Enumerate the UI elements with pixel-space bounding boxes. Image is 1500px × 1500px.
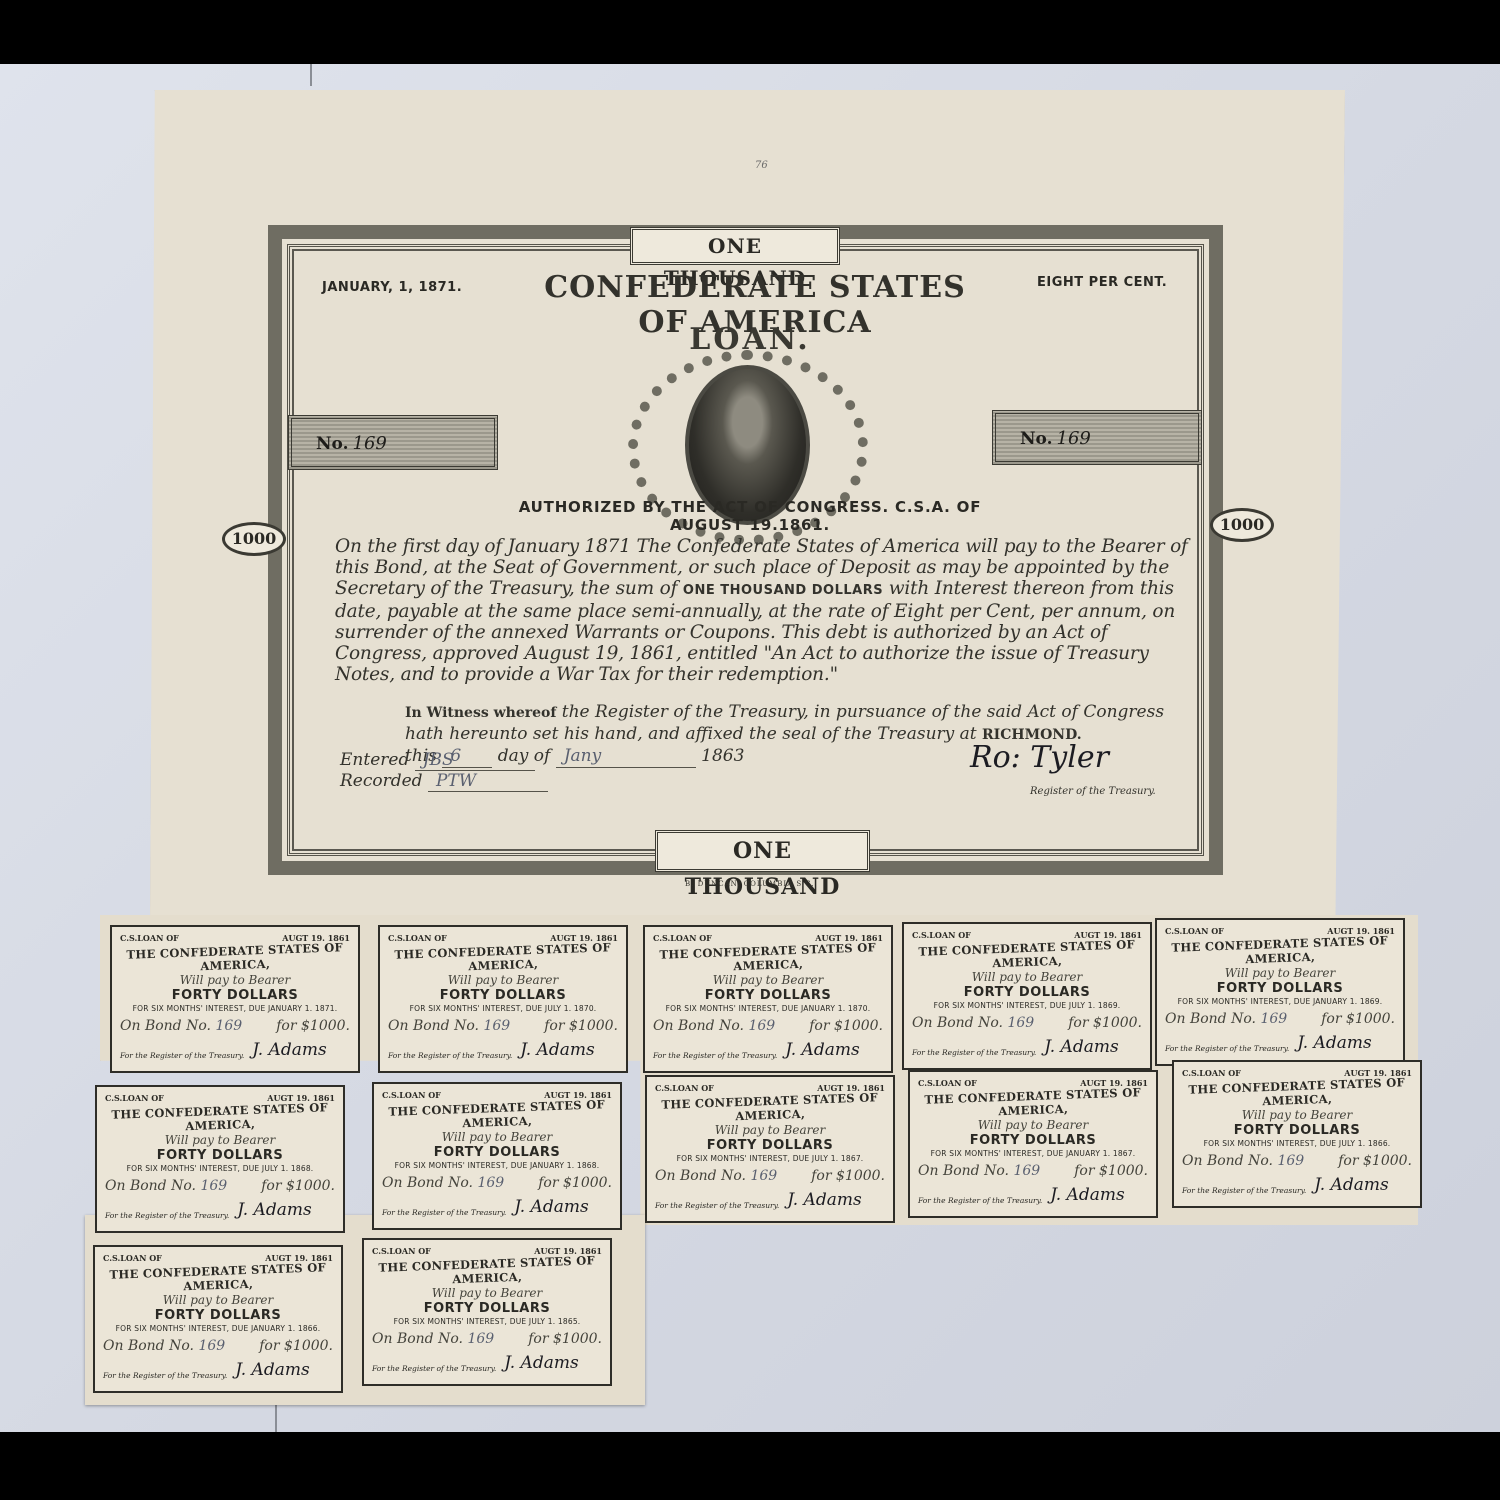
coupon-due-prefix: FOR SIX MONTHS' INTEREST, DUE — [127, 1164, 260, 1173]
coupon-register-label: For the Register of the Treasury. — [388, 1051, 512, 1060]
coupon-will-pay: Will pay to Bearer — [1165, 966, 1395, 980]
entered-value: JBS — [415, 750, 535, 771]
coupon-due-line: FOR SIX MONTHS' INTEREST, DUE JANUARY 1.… — [1165, 997, 1395, 1006]
coupon-bond-value: for $1000. — [528, 1331, 602, 1347]
bond-body-text: On the first day of January 1871 The Con… — [335, 536, 1195, 685]
coupon-due-line: FOR SIX MONTHS' INTEREST, DUE JANUARY 1.… — [918, 1149, 1148, 1158]
serial-number-left: No.169 — [288, 415, 498, 470]
coupon-register-line: For the Register of the Treasury.J. Adam… — [105, 1200, 335, 1220]
coupon-issuer: THE CONFEDERATE STATES OF AMERICA, — [655, 1090, 886, 1126]
coupon-amount: FORTY DOLLARS — [120, 988, 350, 1003]
coupon-bond-line: On Bond No. 169for $1000. — [1165, 1011, 1395, 1027]
coupon-will-pay: Will pay to Bearer — [655, 1123, 885, 1137]
coupon-bond-value: for $1000. — [276, 1018, 350, 1034]
coupon-header-left: C.S.LOAN OF — [372, 1246, 431, 1256]
coupon-bond-label: On Bond No. — [382, 1175, 473, 1191]
coupon-bond-line: On Bond No. 169for $1000. — [653, 1018, 883, 1034]
coupon-issuer: THE CONFEDERATE STATES OF AMERICA, — [918, 1085, 1149, 1121]
top-denomination-label: ONE THOUSAND — [630, 227, 840, 265]
coupon-bond-line: On Bond No. 169for $1000. — [388, 1018, 618, 1034]
coupon-header-left: C.S.LOAN OF — [912, 930, 971, 940]
coupon-register-label: For the Register of the Treasury. — [382, 1208, 506, 1217]
coupon-due-prefix: FOR SIX MONTHS' INTEREST, DUE — [116, 1324, 249, 1333]
letterbox-bottom — [0, 1432, 1500, 1500]
dated-month: Jany — [556, 746, 696, 768]
interest-coupon: C.S.LOAN OFAUGT 19. 1861 THE CONFEDERATE… — [362, 1238, 612, 1386]
coupon-due-line: FOR SIX MONTHS' INTEREST, DUE JULY 1. 18… — [1182, 1139, 1412, 1148]
coupon-header-left: C.S.LOAN OF — [105, 1093, 164, 1103]
coupon-issuer: THE CONFEDERATE STATES OF AMERICA, — [120, 940, 351, 976]
coupon-bond-line: On Bond No. 169for $1000. — [655, 1168, 885, 1184]
coupon-due-date: JULY 1. 1867. — [812, 1154, 863, 1163]
interest-coupon: C.S.LOAN OFAUGT 19. 1861 THE CONFEDERATE… — [93, 1245, 343, 1393]
coupon-register-line: For the Register of the Treasury.J. Adam… — [1182, 1175, 1412, 1195]
coupon-will-pay: Will pay to Bearer — [388, 973, 618, 987]
coupon-amount: FORTY DOLLARS — [372, 1301, 602, 1316]
coupon-bond-line: On Bond No. 169for $1000. — [103, 1338, 333, 1354]
coupon-header-left: C.S.LOAN OF — [655, 1083, 714, 1093]
coupon-register-label: For the Register of the Treasury. — [655, 1201, 779, 1210]
interest-coupon: C.S.LOAN OFAUGT 19. 1861 THE CONFEDERATE… — [643, 925, 893, 1073]
coupon-issuer: THE CONFEDERATE STATES OF AMERICA, — [103, 1260, 334, 1296]
coupon-bond-label: On Bond No. — [1182, 1153, 1273, 1169]
coupon-register-line: For the Register of the Treasury.J. Adam… — [918, 1185, 1148, 1205]
coupon-due-prefix: FOR SIX MONTHS' INTEREST, DUE — [934, 1001, 1067, 1010]
coupon-bond-label: On Bond No. — [918, 1163, 1009, 1179]
coupon-bond-value: for $1000. — [1074, 1163, 1148, 1179]
coupon-will-pay: Will pay to Bearer — [912, 970, 1142, 984]
coupon-will-pay: Will pay to Bearer — [918, 1118, 1148, 1132]
serial-number-right: No.169 — [992, 410, 1202, 465]
coupon-signature: J. Adams — [1297, 1033, 1371, 1053]
coupon-due-date: JANUARY 1. 1867. — [1066, 1149, 1135, 1158]
coupon-bond-label: On Bond No. — [653, 1018, 744, 1034]
recorded-label: Recorded — [340, 771, 423, 791]
coupon-register-line: For the Register of the Treasury.J. Adam… — [653, 1040, 883, 1060]
coupon-due-date: JULY 1. 1869. — [1069, 1001, 1120, 1010]
register-signature: Ro: Tyler — [970, 740, 1109, 775]
coupon-bond-value: for $1000. — [1068, 1015, 1142, 1031]
coupon-due-prefix: FOR SIX MONTHS' INTEREST, DUE — [133, 1004, 266, 1013]
coupon-register-label: For the Register of the Treasury. — [372, 1364, 496, 1373]
denomination-cartouche-left: 1000 — [222, 522, 286, 556]
coupon-due-line: FOR SIX MONTHS' INTEREST, DUE JANUARY 1.… — [382, 1161, 612, 1170]
interest-coupon: C.S.LOAN OFAUGT 19. 1861 THE CONFEDERATE… — [110, 925, 360, 1073]
serial-value: 169 — [1057, 428, 1091, 449]
coupon-bond-line: On Bond No. 169for $1000. — [120, 1018, 350, 1034]
coupon-amount: FORTY DOLLARS — [1165, 981, 1395, 996]
coupon-amount: FORTY DOLLARS — [918, 1133, 1148, 1148]
coupon-register-label: For the Register of the Treasury. — [105, 1211, 229, 1220]
coupon-bond-value: for $1000. — [809, 1018, 883, 1034]
coupon-due-date: JANUARY 1. 1869. — [1313, 997, 1382, 1006]
coupon-register-label: For the Register of the Treasury. — [103, 1371, 227, 1380]
coupon-register-line: For the Register of the Treasury.J. Adam… — [655, 1190, 885, 1210]
register-title: Register of the Treasury. — [1030, 786, 1156, 797]
coupon-bond-value: for $1000. — [538, 1175, 612, 1191]
serial-label: No. — [1020, 429, 1053, 449]
coupon-amount: FORTY DOLLARS — [655, 1138, 885, 1153]
coupon-will-pay: Will pay to Bearer — [653, 973, 883, 987]
coupon-bond-line: On Bond No. 169for $1000. — [372, 1331, 602, 1347]
coupon-bond-number: 169 — [1007, 1015, 1034, 1031]
authorization-line: AUTHORIZED BY THE ACT OF CONGRESS. C.S.A… — [480, 498, 1020, 534]
coupon-bond-label: On Bond No. — [372, 1331, 463, 1347]
coupon-amount: FORTY DOLLARS — [382, 1145, 612, 1160]
coupon-due-date: JULY 1. 1870. — [545, 1004, 596, 1013]
coupon-bond-number: 169 — [483, 1018, 510, 1034]
coupon-header-left: C.S.LOAN OF — [1182, 1068, 1241, 1078]
coupon-bond-number: 169 — [750, 1168, 777, 1184]
coupon-bond-label: On Bond No. — [655, 1168, 746, 1184]
coupon-due-date: JULY 1. 1865. — [529, 1317, 580, 1326]
coupon-bond-number: 169 — [1277, 1153, 1304, 1169]
coupon-amount: FORTY DOLLARS — [1182, 1123, 1412, 1138]
coupon-bond-number: 169 — [215, 1018, 242, 1034]
coupon-register-label: For the Register of the Treasury. — [918, 1196, 1042, 1205]
coupon-header-left: C.S.LOAN OF — [382, 1090, 441, 1100]
dated-year: 1863 — [701, 746, 744, 766]
denomination-cartouche-right: 1000 — [1210, 508, 1274, 542]
coupon-issuer: THE CONFEDERATE STATES OF AMERICA, — [105, 1100, 336, 1136]
coupon-header-left: C.S.LOAN OF — [1165, 926, 1224, 936]
coupon-due-line: FOR SIX MONTHS' INTEREST, DUE JANUARY 1.… — [653, 1004, 883, 1013]
interest-coupon: C.S.LOAN OFAUGT 19. 1861 THE CONFEDERATE… — [645, 1075, 895, 1223]
coupon-bond-line: On Bond No. 169for $1000. — [105, 1178, 335, 1194]
coupon-will-pay: Will pay to Bearer — [105, 1133, 335, 1147]
coupon-bond-number: 169 — [467, 1331, 494, 1347]
coupon-due-date: JANUARY 1. 1870. — [801, 1004, 870, 1013]
coupon-due-line: FOR SIX MONTHS' INTEREST, DUE JULY 1. 18… — [388, 1004, 618, 1013]
coupon-due-date: JANUARY 1. 1871. — [268, 1004, 337, 1013]
coupon-signature: J. Adams — [235, 1360, 309, 1380]
coupon-amount: FORTY DOLLARS — [103, 1308, 333, 1323]
interest-coupon: C.S.LOAN OFAUGT 19. 1861 THE CONFEDERATE… — [95, 1085, 345, 1233]
interest-coupon: C.S.LOAN OFAUGT 19. 1861 THE CONFEDERATE… — [378, 925, 628, 1073]
coupon-due-date: JULY 1. 1868. — [262, 1164, 313, 1173]
coupon-bond-value: for $1000. — [544, 1018, 618, 1034]
interest-coupon: C.S.LOAN OFAUGT 19. 1861 THE CONFEDERATE… — [1172, 1060, 1422, 1208]
coupon-signature: J. Adams — [787, 1190, 861, 1210]
coupon-due-date: JANUARY 1. 1866. — [251, 1324, 320, 1333]
coupon-bond-number: 169 — [198, 1338, 225, 1354]
coupon-header-left: C.S.LOAN OF — [120, 933, 179, 943]
coupon-register-line: For the Register of the Treasury.J. Adam… — [382, 1197, 612, 1217]
coupon-due-prefix: FOR SIX MONTHS' INTEREST, DUE — [394, 1317, 527, 1326]
coupon-will-pay: Will pay to Bearer — [372, 1286, 602, 1300]
coupon-bond-label: On Bond No. — [1165, 1011, 1256, 1027]
recorded-value: PTW — [428, 771, 548, 792]
printer-imprint: B. DUNCAN. COLUMBIA S.C. — [685, 880, 815, 888]
coupon-will-pay: Will pay to Bearer — [1182, 1108, 1412, 1122]
coupon-bond-value: for $1000. — [1321, 1011, 1395, 1027]
coupon-bond-line: On Bond No. 169for $1000. — [1182, 1153, 1412, 1169]
coupon-will-pay: Will pay to Bearer — [382, 1130, 612, 1144]
interest-coupon: C.S.LOAN OFAUGT 19. 1861 THE CONFEDERATE… — [902, 922, 1152, 1070]
interest-coupon: C.S.LOAN OFAUGT 19. 1861 THE CONFEDERATE… — [372, 1082, 622, 1230]
coupon-bond-number: 169 — [477, 1175, 504, 1191]
serial-label: No. — [316, 434, 349, 454]
bottom-denomination-label: ONE THOUSAND — [655, 830, 870, 872]
coupon-header-left: C.S.LOAN OF — [918, 1078, 977, 1088]
entry-record: Entered JBS Recorded PTW — [340, 750, 548, 792]
coupon-register-line: For the Register of the Treasury.J. Adam… — [120, 1040, 350, 1060]
interest-rate: EIGHT PER CENT. — [1037, 275, 1167, 290]
body-amount: ONE THOUSAND DOLLARS — [683, 583, 883, 598]
coupon-bond-number: 169 — [1260, 1011, 1287, 1027]
coupon-register-line: For the Register of the Treasury.J. Adam… — [912, 1037, 1142, 1057]
coupon-signature: J. Adams — [237, 1200, 311, 1220]
coupon-due-date: JANUARY 1. 1868. — [530, 1161, 599, 1170]
coupon-signature: J. Adams — [785, 1040, 859, 1060]
coupon-register-line: For the Register of the Treasury.J. Adam… — [1165, 1033, 1395, 1053]
coupon-bond-number: 169 — [1013, 1163, 1040, 1179]
coupon-register-label: For the Register of the Treasury. — [912, 1048, 1036, 1057]
coupon-register-label: For the Register of the Treasury. — [120, 1051, 244, 1060]
coupon-bond-line: On Bond No. 169for $1000. — [912, 1015, 1142, 1031]
serial-value: 169 — [353, 433, 387, 454]
coupon-issuer: THE CONFEDERATE STATES OF AMERICA, — [372, 1253, 603, 1289]
coupon-amount: FORTY DOLLARS — [388, 988, 618, 1003]
coupon-due-line: FOR SIX MONTHS' INTEREST, DUE JULY 1. 18… — [105, 1164, 335, 1173]
coupon-register-label: For the Register of the Treasury. — [1182, 1186, 1306, 1195]
coupon-due-line: FOR SIX MONTHS' INTEREST, DUE JANUARY 1.… — [103, 1324, 333, 1333]
coupon-bond-line: On Bond No. 169for $1000. — [918, 1163, 1148, 1179]
coupon-due-prefix: FOR SIX MONTHS' INTEREST, DUE — [931, 1149, 1064, 1158]
coupon-bond-value: for $1000. — [261, 1178, 335, 1194]
coupon-issuer: THE CONFEDERATE STATES OF AMERICA, — [1165, 933, 1396, 969]
coupon-due-line: FOR SIX MONTHS' INTEREST, DUE JANUARY 1.… — [120, 1004, 350, 1013]
coupon-bond-line: On Bond No. 169for $1000. — [382, 1175, 612, 1191]
coupon-signature: J. Adams — [504, 1353, 578, 1373]
coupon-register-label: For the Register of the Treasury. — [1165, 1044, 1289, 1053]
coupon-due-prefix: FOR SIX MONTHS' INTEREST, DUE — [1178, 997, 1311, 1006]
coupon-amount: FORTY DOLLARS — [105, 1148, 335, 1163]
letterbox-top — [0, 0, 1500, 64]
coupon-bond-number: 169 — [748, 1018, 775, 1034]
coupon-header-left: C.S.LOAN OF — [388, 933, 447, 943]
entered-label: Entered — [340, 750, 409, 770]
coupon-due-prefix: FOR SIX MONTHS' INTEREST, DUE — [395, 1161, 528, 1170]
coupon-register-line: For the Register of the Treasury.J. Adam… — [372, 1353, 602, 1373]
coupon-amount: FORTY DOLLARS — [912, 985, 1142, 1000]
coupon-header-left: C.S.LOAN OF — [653, 933, 712, 943]
coupon-bond-value: for $1000. — [1338, 1153, 1412, 1169]
coupon-bond-label: On Bond No. — [105, 1178, 196, 1194]
maturity-date: JANUARY, 1, 1871. — [322, 280, 462, 295]
coupon-bond-value: for $1000. — [259, 1338, 333, 1354]
coupon-due-prefix: FOR SIX MONTHS' INTEREST, DUE — [677, 1154, 810, 1163]
pencil-mark: 76 — [755, 160, 768, 171]
coupon-register-label: For the Register of the Treasury. — [653, 1051, 777, 1060]
coupon-issuer: THE CONFEDERATE STATES OF AMERICA, — [653, 940, 884, 976]
coupon-due-prefix: FOR SIX MONTHS' INTEREST, DUE — [410, 1004, 543, 1013]
coupon-bond-label: On Bond No. — [103, 1338, 194, 1354]
coupon-due-date: JULY 1. 1866. — [1339, 1139, 1390, 1148]
coupon-bond-label: On Bond No. — [388, 1018, 479, 1034]
coupon-signature: J. Adams — [520, 1040, 594, 1060]
coupon-bond-label: On Bond No. — [120, 1018, 211, 1034]
coupon-bond-label: On Bond No. — [912, 1015, 1003, 1031]
interest-coupon: C.S.LOAN OFAUGT 19. 1861 THE CONFEDERATE… — [1155, 918, 1405, 1066]
coupon-issuer: THE CONFEDERATE STATES OF AMERICA, — [382, 1097, 613, 1133]
coupon-issuer: THE CONFEDERATE STATES OF AMERICA, — [388, 940, 619, 976]
coupon-signature: J. Adams — [1050, 1185, 1124, 1205]
coupon-header-left: C.S.LOAN OF — [103, 1253, 162, 1263]
interest-coupon: C.S.LOAN OFAUGT 19. 1861 THE CONFEDERATE… — [908, 1070, 1158, 1218]
coupon-due-line: FOR SIX MONTHS' INTEREST, DUE JULY 1. 18… — [655, 1154, 885, 1163]
coupon-register-line: For the Register of the Treasury.J. Adam… — [103, 1360, 333, 1380]
witness-lead: In Witness whereof — [405, 705, 556, 721]
coupon-signature: J. Adams — [514, 1197, 588, 1217]
bond-document: 76 ONE THOUSAND ONE THOUSAND JANUARY, 1,… — [150, 90, 1345, 920]
surface-seam — [310, 64, 312, 86]
coupon-will-pay: Will pay to Bearer — [103, 1293, 333, 1307]
coupon-due-prefix: FOR SIX MONTHS' INTEREST, DUE — [1204, 1139, 1337, 1148]
coupon-will-pay: Will pay to Bearer — [120, 973, 350, 987]
coupon-signature: J. Adams — [252, 1040, 326, 1060]
coupon-signature: J. Adams — [1044, 1037, 1118, 1057]
coupon-issuer: THE CONFEDERATE STATES OF AMERICA, — [912, 937, 1143, 973]
coupon-issuer: THE CONFEDERATE STATES OF AMERICA, — [1182, 1075, 1413, 1111]
coupon-signature: J. Adams — [1314, 1175, 1388, 1195]
coupon-due-line: FOR SIX MONTHS' INTEREST, DUE JULY 1. 18… — [912, 1001, 1142, 1010]
coupon-due-line: FOR SIX MONTHS' INTEREST, DUE JULY 1. 18… — [372, 1317, 602, 1326]
coupon-bond-value: for $1000. — [811, 1168, 885, 1184]
coupon-register-line: For the Register of the Treasury.J. Adam… — [388, 1040, 618, 1060]
coupon-amount: FORTY DOLLARS — [653, 988, 883, 1003]
coupon-due-prefix: FOR SIX MONTHS' INTEREST, DUE — [666, 1004, 799, 1013]
coupon-bond-number: 169 — [200, 1178, 227, 1194]
